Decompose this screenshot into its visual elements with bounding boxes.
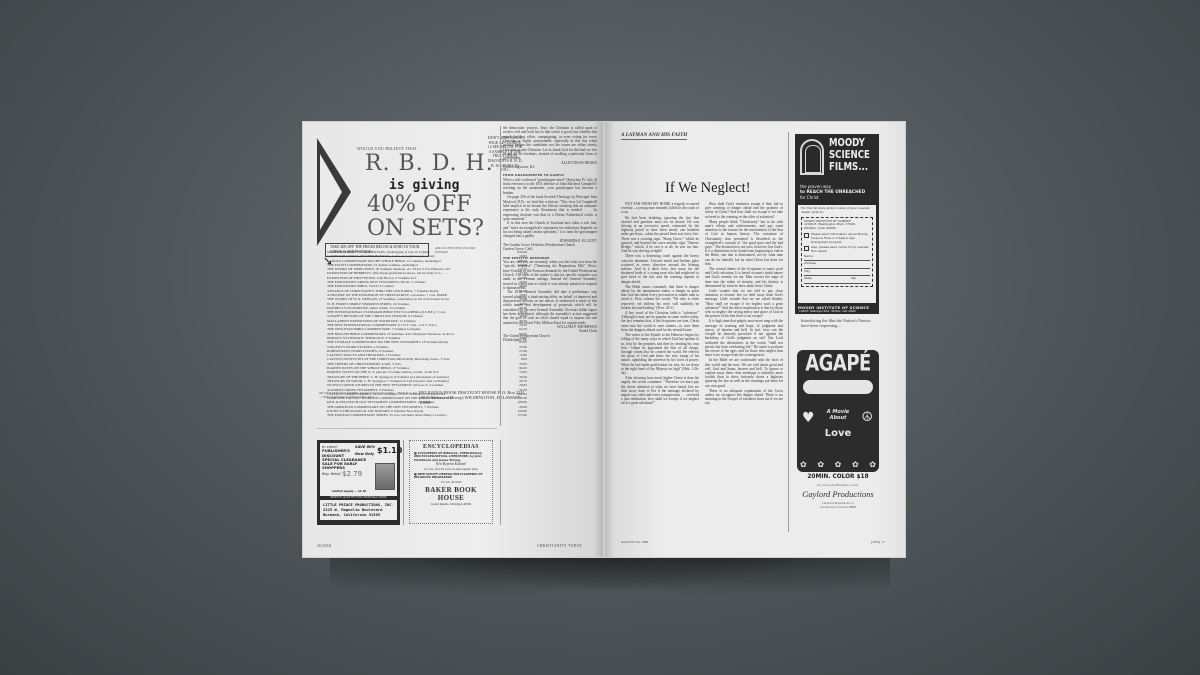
ad-headline-2: is giving [389, 178, 459, 193]
article-column-2: How shall God's ministers escape if they… [705, 202, 783, 407]
magazine-spread: WOULD YOU BELIEVE THAT R. B. D. H. is gi… [302, 121, 906, 558]
baker-book-house-ad: ENCYCLOPEDIAS ■ CYCLOPEDIA OF BIBLICAL, … [409, 440, 493, 524]
peace-sign-icon: ☮ [861, 410, 873, 425]
ad-headline-4: ON SETS? [367, 216, 484, 241]
letter-location: Garden Grove, Calif. [503, 247, 597, 251]
baker-item-2: ■ NEW SCHAFF-HERZOG ENCYCLOPEDIA OF RELI… [414, 473, 488, 480]
item-price: 175.00 [509, 413, 527, 417]
letter-paragraph: If in this area the Church of Scotland n… [503, 221, 597, 238]
lp-now-only: Now Only [355, 452, 374, 456]
field-label: City [804, 269, 810, 273]
article-paragraph: After showing how much higher Christ is … [621, 376, 699, 405]
producer-address: 142 North Rossmore Place Los Angeles, Ca… [797, 502, 879, 509]
form-intro: For the full story and/or name of your n… [801, 207, 873, 215]
moody-footer-address: 12000 E. Washington Blvd., Whittier, Cal… [799, 310, 856, 313]
lp-limited: Limited supply — $1.10 [332, 490, 366, 494]
letter-paragraph: When a self-confessed "grasshopper mind"… [503, 178, 597, 195]
letter-paragraph: The 181st General Assembly did take a pr… [503, 290, 597, 325]
baker-location: Grand Rapids, Michigan 49506 [414, 502, 488, 506]
baker-item-1: ■ CYCLOPEDIA OF BIBLICAL, THEOLOGICAL, A… [414, 452, 488, 462]
article-title: If We Neglect! [665, 180, 751, 197]
article-paragraph: There was a deafening crash against the … [621, 254, 699, 283]
page-number: [1025] 17 [871, 540, 885, 544]
baker-item-2-price: 15 vols. $119.95 [414, 480, 488, 484]
article-paragraph: NOT FAR FROM MY HOME a tragedy occurred … [621, 202, 699, 215]
article-paragraph: How shall God's ministers escape if they… [705, 202, 783, 219]
article-paragraph: It is high time that pulpits once more r… [705, 319, 783, 357]
letter-location: Philadelphia, Pa. [503, 338, 597, 342]
hands-icon [803, 380, 873, 394]
letter-paragraph: You are, and you are seriously, when you… [503, 260, 597, 290]
tagline-line: for Christ [800, 195, 865, 200]
column-rule [500, 440, 501, 525]
issue-date: AUGUST 22, 1969 [621, 540, 648, 544]
article-paragraph: A key word of the Christian faith is "sa… [621, 311, 699, 332]
flowers-icon: ✿✿✿✿✿ [800, 460, 876, 469]
left-page: WOULD YOU BELIEVE THAT R. B. D. H. is gi… [302, 121, 604, 558]
baker-item-1-price: 12 vols., $11.95 each on subscription pl… [414, 467, 488, 471]
letters-column: the democratic process. True, the Christ… [503, 126, 597, 343]
lp-sale-price: $1.10 [377, 449, 402, 453]
article-paragraph: The Bible warns constantly that there is… [621, 285, 699, 310]
baker-heading: ENCYCLOPEDIAS [414, 444, 488, 450]
letter-location: North Kingstown, R.I. [503, 165, 597, 169]
agape-title: AGAPÉ [797, 350, 879, 376]
field-label: Name [804, 254, 813, 258]
agape-intro: Introducing the film the Nation's Pastor… [801, 318, 871, 328]
article-paragraph: The central theme of the Scriptures is m… [705, 267, 783, 288]
gothic-arch-icon [800, 139, 824, 175]
letter-paragraph: On page 256 of the book Scottish Theolog… [503, 195, 597, 221]
city-field[interactable]: City [804, 270, 870, 277]
agape-details: 20MIN. COLOR $18 [797, 474, 879, 480]
checkbox-info[interactable]: Please send information about Moody Scie… [804, 233, 870, 244]
page-number: 16 [1024] [317, 544, 331, 548]
rbdh-address: RELIGIOUS BOOK DISCOUNT HOUSE P. O. Box … [419, 390, 529, 405]
lp-address-block: LITTLE PRINCE PRODUCTIONS, INC. 2325 W. … [320, 500, 397, 520]
field-label: Zip [851, 277, 856, 283]
agape-see-dealer: See your Local Film Dealer, or write: [797, 484, 879, 487]
letter-paragraph: the democratic process. True, the Christ… [503, 126, 597, 161]
address-field[interactable]: Address [804, 262, 870, 269]
state-zip-field[interactable]: StateZip [804, 277, 870, 284]
article-paragraph: Many people think "Christianity" has to … [705, 220, 783, 266]
stores-note: OR VISIT OUR TWO STORES: Adjoins 4313 Cl… [319, 391, 419, 399]
ad-headline-3: 40% OFF [367, 192, 471, 217]
checkbox-label: Please send information about Moody Scie… [811, 233, 870, 244]
field-label: Address [804, 261, 816, 265]
column-rule [403, 440, 404, 525]
moody-coupon-form: For the full story and/or name of your n… [798, 205, 876, 303]
checkbox-label: Also, please send name of my nearest fil… [811, 246, 870, 254]
article-paragraph: He had been drinking, ignoring the fact … [621, 216, 699, 254]
column-rule [788, 132, 789, 532]
lp-save: SAVE 60% [355, 445, 375, 449]
field-label: State [804, 277, 812, 283]
article-paragraph: There is no adequate explanation of the … [705, 389, 783, 406]
article-paragraph: Little wonder that we are told to pay cl… [705, 289, 783, 318]
moody-tagline: the proven way to REACH THE UNREACHED fo… [800, 184, 865, 200]
checkbox-icon[interactable] [804, 246, 809, 251]
ad-headline-1: R. B. D. H. [365, 151, 494, 176]
lp-strip: ORDER IN QUANTITY FOR CHRISTMAS GIVING [320, 496, 397, 500]
divider [317, 428, 497, 429]
checkbox-icon[interactable] [804, 233, 809, 238]
agape-love: Love [821, 428, 855, 439]
section-label: A LAYMAN AND HIS FAITH [621, 132, 687, 140]
producer-name: Gaylord Productions [797, 489, 879, 499]
running-footer: CHRISTIANITY TODAY [537, 544, 582, 548]
article-column-1: NOT FAR FROM MY HOME a tragedy occurred … [621, 202, 699, 407]
price-list-row: THE PURITAN COMMENTARY SERIES, 25 vols. … [327, 413, 527, 417]
heart-icon: ♥ [802, 410, 815, 426]
lp-city: Burbank, California 91505 [323, 512, 394, 517]
moody-brand: MOODY SCIENCE FILMS... [829, 137, 876, 173]
checkbox-dealer[interactable]: Also, please send name of my nearest fil… [804, 246, 870, 254]
right-page: A LAYMAN AND HIS FAITH If We Neglect! NO… [604, 121, 906, 558]
item-title: THE PURITAN COMMENTARY SERIES, 25 vols. … [327, 413, 505, 417]
little-prince-ad: In color! PUBLISHER'S DISCOUNT SPECIAL C… [317, 440, 400, 525]
article-paragraph: The writer of the Epistle to the Hebrews… [621, 333, 699, 375]
triangle-logo-inner [320, 154, 342, 230]
agape-ad: AGAPÉ ♥ A Movie About Love ☮ ✿✿✿✿✿ [797, 350, 879, 472]
book-image [375, 463, 395, 490]
column-rule [500, 126, 501, 426]
address-line: Los Angeles, California 90004 [797, 506, 879, 510]
moody-science-films-ad: MOODY SCIENCE FILMS... the proven way to… [795, 134, 879, 314]
coupon: MOODY INSTITUTE OF SCIENCE 12000 E. Wash… [801, 217, 873, 287]
article-paragraph: In the Bible we are confronted with the … [705, 358, 783, 387]
baker-publisher: BAKER BOOK HOUSE [414, 486, 488, 502]
agape-subtitle: A Movie About [821, 410, 855, 421]
lp-reg-price: $2.79 [342, 472, 362, 476]
little-prince-top: In color! PUBLISHER'S DISCOUNT SPECIAL C… [320, 443, 397, 496]
coupon-address: Whittier, Calif. 90606 [804, 227, 870, 231]
